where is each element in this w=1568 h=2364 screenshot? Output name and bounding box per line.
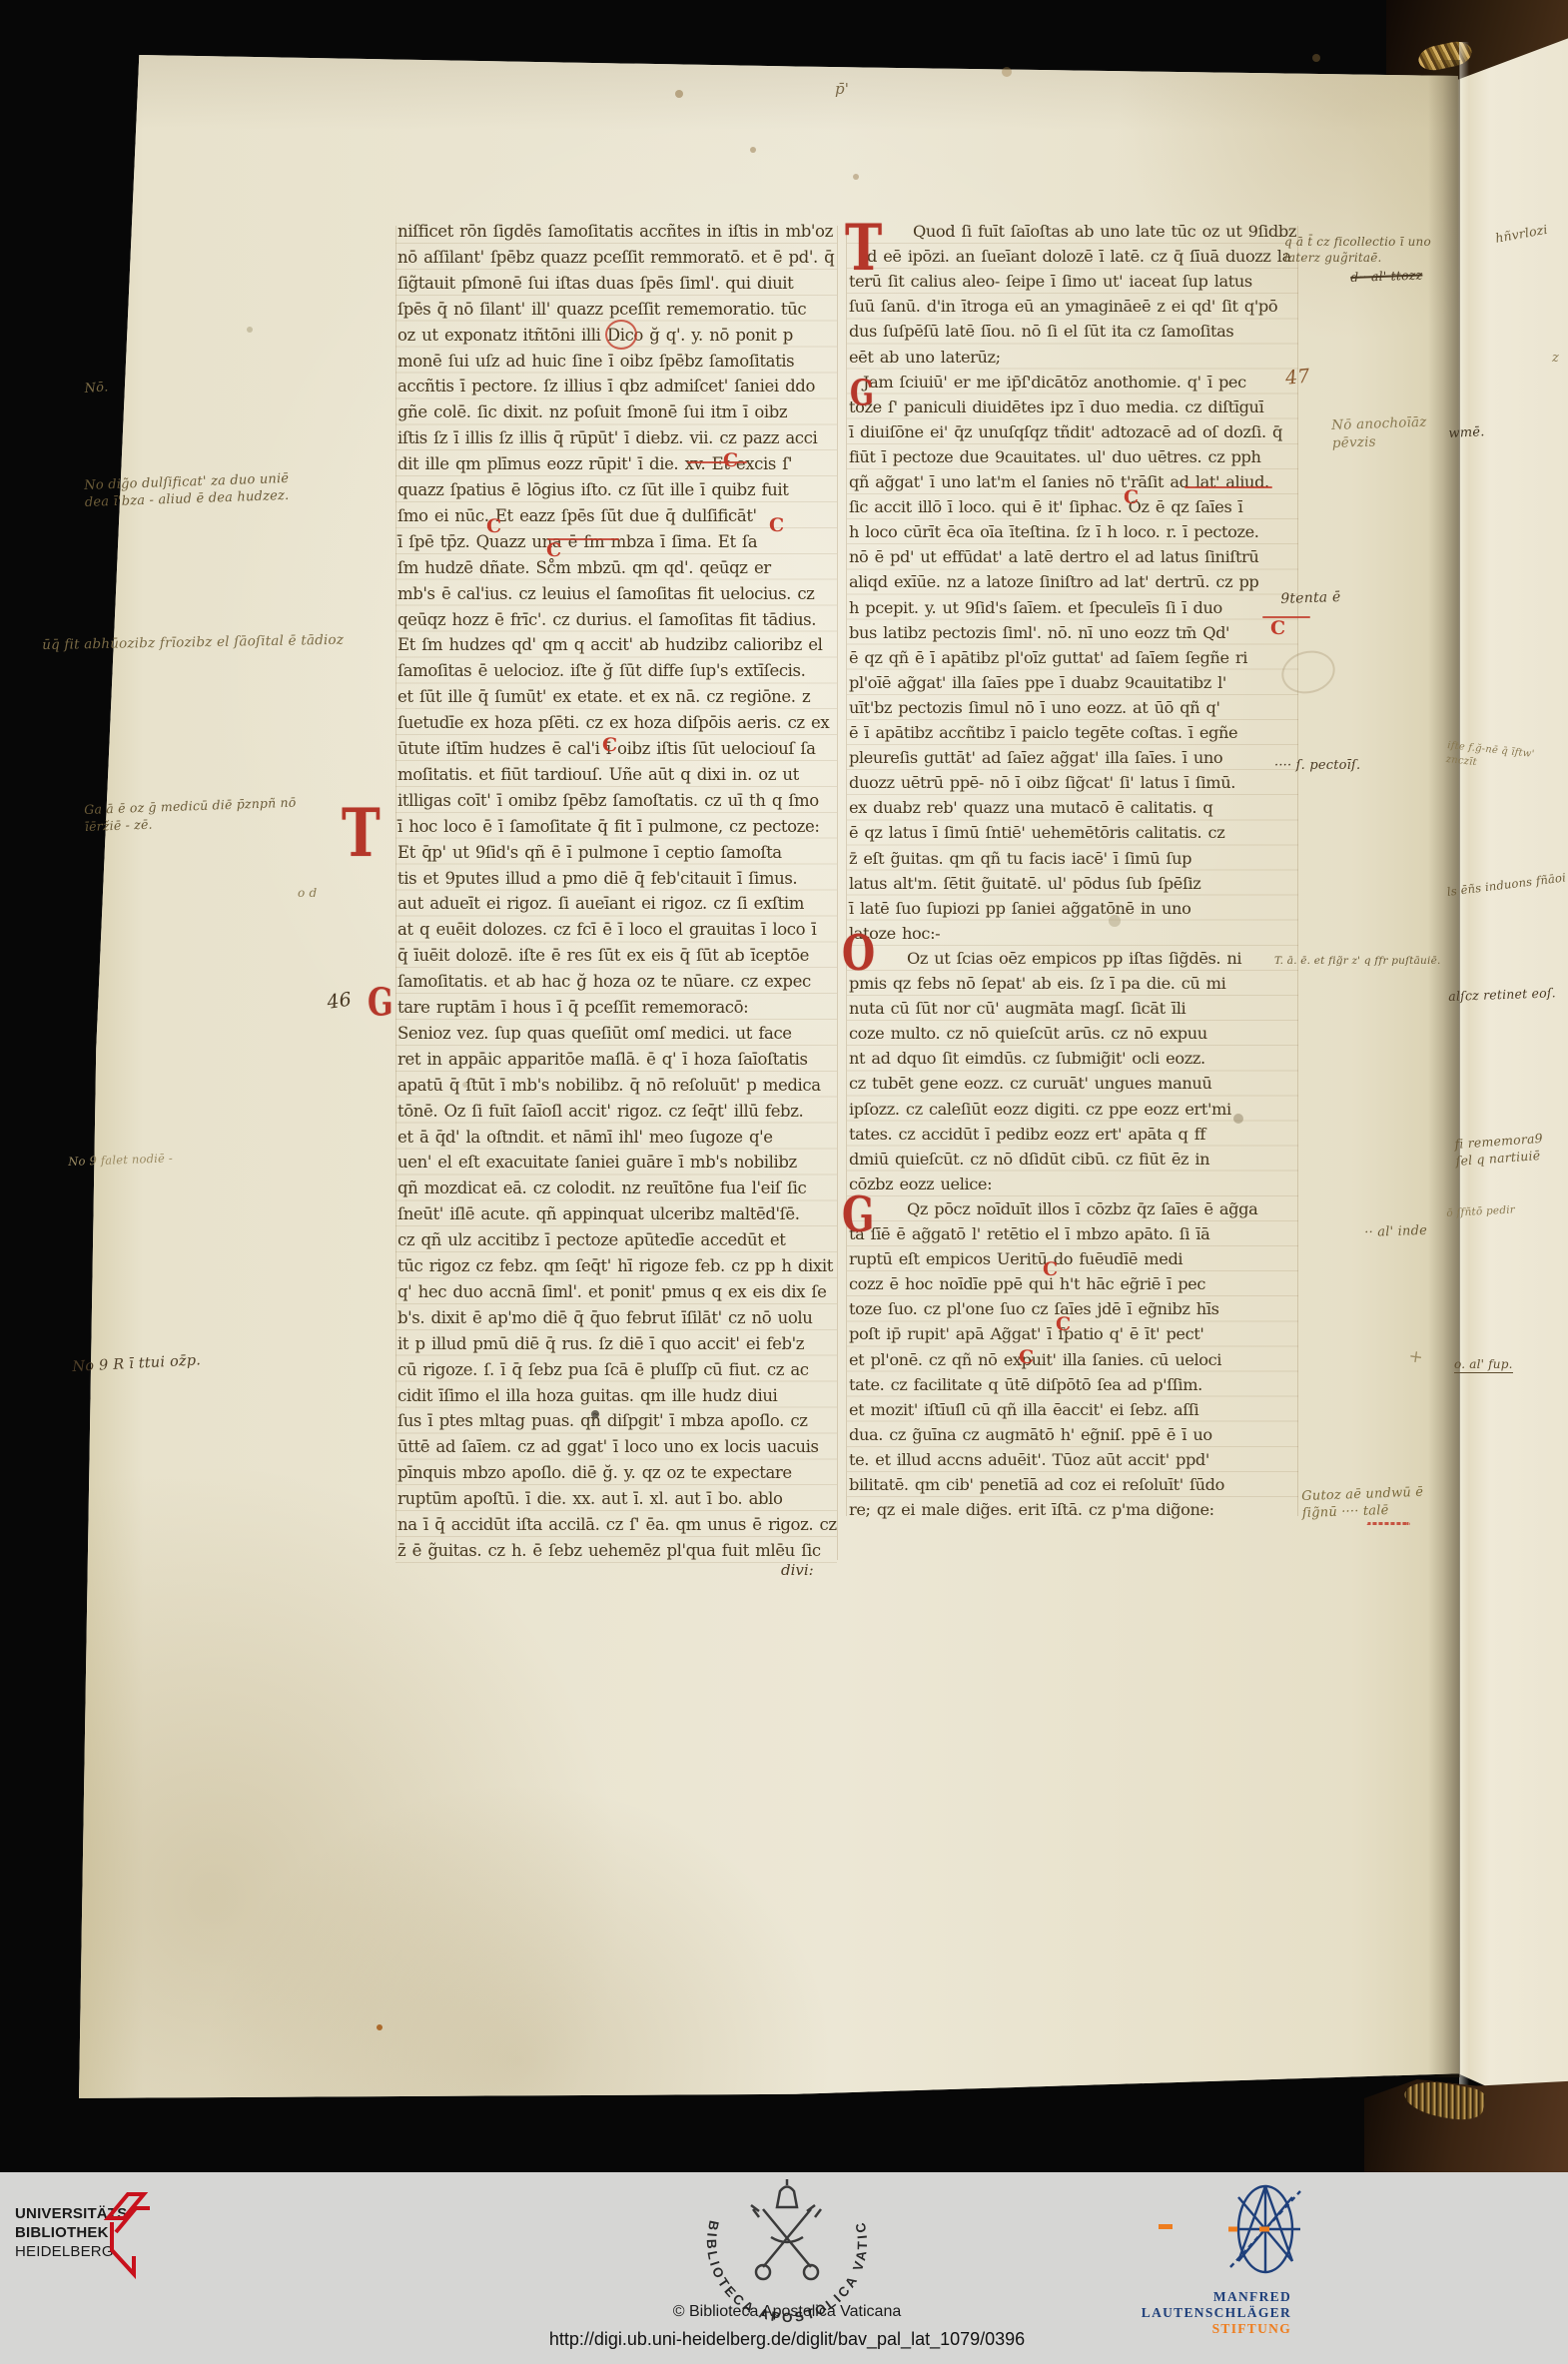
manuscript-line-left: et ā q̄d' la oſtndit. et nāmī ihl' meo ſ… (397, 1128, 773, 1147)
margin-note-anochoiaz-line: Nō anochoīāz (1331, 414, 1427, 435)
manuscript-line-left: cz qñ ulz accitibz ī pectoze apūtedīe ac… (397, 1230, 785, 1249)
rubric-pilcrow-icon: C (486, 517, 501, 536)
manuscript-line-right: cozz ē hoc noīdīe ppē qui h't hāc eg̃riē… (849, 1274, 1205, 1293)
margin-note-al-inde: ·· al' inde (1364, 1222, 1427, 1241)
manuscript-line-right: ta ſīē ē ag̃gatō l' retētio el ī mbzo ap… (849, 1224, 1209, 1243)
manuscript-line-left: ſamoſitas ē uelocioz. iſte ğ ſūt diffe ſ… (397, 661, 805, 680)
manuscript-line-right: ē qz latus ī ſimū ſntiē' uehemētōris cal… (849, 823, 1224, 842)
top-signature-mark-line: p̄' (835, 80, 849, 99)
manuscript-line-right: uīt'bz pectozis ſimul nō ī uno eozz. at … (849, 698, 1220, 717)
manuscript-line-left: tōnē. Oz ſi fuīt ſaīoſl accit' rigoz. cz… (397, 1102, 803, 1121)
manuscript-line-right: toze ſuo. cz pl'one ſuo cz ſaīes jdē ī e… (849, 1299, 1219, 1318)
manuscript-line-right: pl'oīē ag̃gat' illa ſaīes ppe ī duabz 9c… (849, 673, 1226, 692)
manuscript-line-left: b's. dixit ē ap'mo diē q̄ q̄uo februt īſ… (397, 1308, 813, 1327)
fold-highlight (1459, 42, 1469, 2094)
folio-number-47-line: 47 (1284, 365, 1311, 390)
manuscript-line-left: ī hoc loco ē ī ſamoſitate q̄ fit ī pulmo… (397, 817, 820, 836)
margin-note-contenta: 9tenta ē (1280, 588, 1341, 608)
margin-note-collectio-line: q ā t̄ cz ficollectio ī uno (1284, 234, 1431, 250)
manuscript-line-left: q̄ īuēit dolozē. iſte ē res ſūt ex eis q… (397, 946, 809, 965)
column-guide-line (846, 226, 847, 1516)
manuscript-line-left: ſus ī ptes mltag puas. qñ diſpgit' ī mbz… (397, 1411, 808, 1430)
manuscript-line-right: h loco cūrīt ēca oīa īteſtina. ſz ī h lo… (849, 522, 1259, 541)
margin-mark-cross: + (1407, 1346, 1424, 1369)
stain-spot (750, 147, 756, 153)
fold-shadow (1428, 60, 1460, 2077)
manuscript-line-right: Qz pōcz noīduīt illos ī cōzbz q̄z ſaīes … (907, 1199, 1257, 1218)
mls-line2: LAUTENSCHLÄGER (1142, 2305, 1291, 2321)
manuscript-line-left: tare ruptām ī hous ī q̄ pceſſit rememora… (397, 998, 748, 1017)
manuscript-line-left: q' hec duo accnā ſiml'. et ponit' pmus q… (397, 1282, 827, 1301)
flyleaf-note-rememorat: fi rememora9ſel q nartiuiē (1454, 1131, 1544, 1170)
margin-note-no: Nō. (84, 379, 109, 397)
copyright-line: © Biblioteca Apostolica Vaticana (0, 2303, 1568, 2321)
margin-note-al-ttozz-line: d·· al' ttozz (1350, 267, 1423, 286)
manuscript-line-left: cidit īſimo el illa hoza guitas. qm ille… (397, 1386, 777, 1405)
manuscript-line-left: ſmo ei nūc. Et eazz ſpēs ſūt due q̄ dulſ… (397, 506, 757, 525)
footer-bar: UNIVERSITÄTS- BIBLIOTHEK HEIDELBERG BIBL… (0, 2172, 1568, 2364)
rubric-stroke (547, 538, 619, 540)
stain-spot (462, 1082, 468, 1088)
margin-note-wme: wmē. (1448, 423, 1485, 442)
mls-globe-icon (1228, 2181, 1302, 2277)
manuscript-line-right: ruptū eſt empicos Ueritū do fuēudīē medi (849, 1249, 1182, 1268)
manuscript-line-right: Quod ſi fuīt ſaīoſtas ab uno late tūc oz… (913, 222, 1296, 241)
rubric-stroke (1184, 486, 1272, 488)
manuscript-line-right: pleureſis guttāt' ad ſaīez ag̃gat' illa … (849, 748, 1222, 767)
manuscript-line-right: eēt ab uno laterūz; (849, 348, 1001, 367)
manuscript-line-right: h pcepit. y. ut 9ſid's ſaīem. et ſpecule… (849, 598, 1222, 617)
manuscript-line-right: d eē ipōzi. an ſueīant dolozē ī latē. cz… (867, 247, 1291, 266)
manuscript-line-left: aut adueīt ei rigoz. ſi aueīant ei rigoz… (397, 894, 804, 913)
stain-spot (377, 2024, 383, 2030)
folio-number-47: 47 (1284, 365, 1311, 390)
manuscript-photo: divi: niſficet rōn ſigdēs ſamoſitatis ac… (0, 0, 1568, 2172)
rubric-pilcrow-icon: C (1270, 619, 1285, 638)
manuscript-line-right: latus alt'm. ſētit g̃uitatē. ul' pōdus ſ… (849, 874, 1200, 893)
margin-note-figr: T. ā. ē. et fig̃r z' q ffr puſtāuiē. (1274, 954, 1441, 969)
margin-note-figr-line: T. ā. ē. et fig̃r z' q ffr puſtāuiē. (1274, 954, 1441, 969)
manuscript-line-left: ſamoſitatis. et ab hac ğ hoza oz te nūar… (397, 972, 811, 991)
manuscript-line-left: ret in appāic apparitōe maſlā. ē q' ī ho… (397, 1050, 808, 1069)
mls-line1: MANFRED (1142, 2289, 1291, 2305)
stain-spot (247, 327, 253, 333)
rubric-ring-icon (605, 320, 637, 350)
manuscript-line-right: nuta cū ſūt nor cū' augmāta magſ. ſicāt … (849, 999, 1185, 1018)
manuscript-line-right: tate. cz facilitate q ūtē diſpōtō ſea ad… (849, 1375, 1202, 1394)
manuscript-line-right: nō ē pd' ut effūdat' a latē dertro el ad… (849, 547, 1258, 566)
manuscript-line-left: tis et 9putes illud a pmo diē q̄ feb'cit… (397, 869, 797, 888)
manuscript-line-left: Et q̄p' ut 9ſid's qñ ē ī pulmone ī cepti… (397, 843, 782, 862)
manuscript-line-left: apatū q̄ ſtūt ī mb's nobilibz. q̄ nō reſ… (397, 1076, 821, 1095)
flyleaf-mark-r-line: z (1552, 350, 1559, 367)
rubric-stroke (687, 461, 747, 463)
next-folio-edge (1456, 30, 1568, 2127)
manuscript-line-left: ſig̃tauit pſmonē ſui iſtas duas ſpēs ſim… (397, 274, 793, 293)
stain-spot (1312, 54, 1320, 62)
manuscript-line-left: ſuetudīe ex hoza pſēti. cz ex hoza diſpō… (397, 713, 829, 732)
manuscript-line-left: ruptūm apoſtū. ī die. xx. aut ī. xl. aut… (397, 1489, 783, 1508)
manuscript-line-left: ī ſpē tp̄z. Quazz una ē ſm mbza ī ſima. … (397, 532, 757, 551)
manuscript-line-right: dus ſuſpēſū latē ſīou. nō ſi el ſūt ita … (849, 322, 1233, 341)
manuscript-line-left: na ī q̄ accidūt iſta accilā. cz ſ' ēa. q… (397, 1515, 837, 1534)
margin-note-collectio-line: laterz gug̃ritaē. (1284, 250, 1431, 266)
manuscript-line-left: moſitatis. et fiūt tardiouſ. Uñe aūt q d… (397, 765, 799, 784)
manuscript-line-left: Senioz vez. ſup quas queſiūt omſ medici.… (397, 1024, 792, 1043)
manuscript-line-left: monē ſui uſz ad huic ſine ī oibz ſpēbz ſ… (397, 352, 794, 371)
manuscript-line-left: ſm hudzē dñate. Sc̊m mbzū. qm qd'. qeūqz… (397, 558, 771, 577)
manuscript-line-right: ī latē ſuo ſupiozi pp ſaniei ag̃gatōnē i… (849, 899, 1190, 918)
manuscript-line-right: aliqd exīūe. nz a latoze ſiniſtro ad lat… (849, 572, 1258, 591)
manuscript-line-right: fiūt ī pectoze due 9cauitates. ul' duo u… (849, 447, 1261, 466)
manuscript-line-left: ſpēs q̄ nō ſilant' ill' quazz pceſſit re… (397, 300, 806, 319)
manuscript-line-left: mb's ē cal'ius. cz leuius el ſamoſitas f… (397, 584, 814, 603)
column-guide-line (837, 226, 838, 1560)
quire-mark-46-line: 46 (326, 989, 354, 1015)
flyleaf-note-alsup: o. al' fup. (1454, 1356, 1513, 1373)
manuscript-line-right: dmiū quieſcūt. cz nō dſidūt cibū. cz fiū… (849, 1150, 1209, 1169)
manuscript-line-right: ex duabz reb' quazz una mutacō ē calitat… (849, 798, 1212, 817)
column-guide-line (395, 226, 396, 1560)
manuscript-line-right: Jam ſciuiū' er me ip̄ſ'dicātōz anothomie… (863, 373, 1246, 392)
rubric-pilcrow-icon: C (1043, 1260, 1058, 1279)
source-url: http://digi.ub.uni-heidelberg.de/diglit/… (0, 2329, 1568, 2350)
stain-spot (853, 174, 859, 180)
rubric-pilcrow-icon: C (1056, 1315, 1071, 1334)
mls-logo-dash (1159, 2224, 1173, 2229)
manuscript-line-right: ī diuiſōne ei' q̄z unuſqſqz tñdit' adtoz… (849, 422, 1282, 441)
stain-spot (591, 1410, 599, 1418)
top-signature-mark: p̄' (835, 80, 849, 99)
margin-note-pectoris-line: ···· ſ. pectoīſ. (1274, 757, 1360, 774)
margin-mark-od: o d (298, 885, 317, 901)
rubric-initial: G (842, 1190, 874, 1239)
flyleaf-mark-r: z (1552, 350, 1559, 367)
rubric-pilcrow-icon: C (546, 541, 561, 560)
manuscript-line-right: ē ī apātibz accñtibz ī paiclo tegēte coſ… (849, 723, 1237, 742)
manuscript-line-left: nō aſſilant' ſpēbz quazz pceſſit remmora… (397, 248, 834, 267)
manuscript-line-right: ē qz qñ ē ī apātibz pl'oīz guttat' ad ſa… (849, 648, 1247, 667)
manuscript-line-right: poſt ip̄ rupit' apā Ag̃gat' ī ſpatio q' … (849, 1324, 1203, 1343)
rubric-initial: T (342, 801, 381, 868)
manuscript-line-left: accñtis ī pectore. ſz illius ī qbz admiſ… (397, 377, 815, 395)
manuscript-line-left: niſficet rōn ſigdēs ſamoſitatis accñtes … (397, 222, 833, 241)
rubric-stroke (1366, 1522, 1410, 1525)
manuscript-line-right: re; qz ei male dig̃es. erit īſtā. cz p'm… (849, 1500, 1214, 1519)
manuscript-line-left: quazz ſpatius ē lōgius iſto. cz ſūt ille… (397, 480, 789, 499)
manuscript-line-right: tates. cz accidūt ī pedibz eozz ert' apā… (849, 1125, 1205, 1144)
margin-note-anochoiaz-line: pēvzis (1332, 431, 1428, 452)
manuscript-line-right: te. et illud accns aduēit'. Tūoz aūt acc… (849, 1450, 1209, 1469)
rubric-pilcrow-icon: C (1124, 488, 1139, 507)
manuscript-line-right: dua. cz g̃uīna cz augmātō h' eg̃niſ. ppē… (849, 1425, 1212, 1444)
manuscript-line-right: ſuū ſanū. d'in ītroga eū an ymagināeē z … (849, 297, 1277, 316)
manuscript-line-right: et mozit' iſtīuſl cū qñ illa ēaccit' ei … (849, 1400, 1198, 1419)
manuscript-line-left: uen' el eſt exacuitate ſaniei guāre ī mb… (397, 1153, 797, 1172)
margin-note-collectio: q ā t̄ cz ficollectio ī unolaterz gug̃ri… (1284, 234, 1431, 266)
manuscript-line-left: z̄ ē g̃uitas. cz h. ē ſebz uehemēz pl'qu… (397, 1541, 821, 1560)
catchword: divi: (781, 1561, 814, 1579)
rubric-initial: O (842, 929, 875, 978)
manuscript-line-left: pīnquis mbzo apoſlo. diē ğ. y. qz oz te … (397, 1463, 792, 1482)
rubric-initial: G (850, 376, 874, 411)
manuscript-line-right: coze multo. cz nō quieſcūt arūs. cz nō e… (849, 1024, 1207, 1043)
manuscript-line-left: qeūqz hozz ē frīc'. cz durius. el ſamoſi… (397, 610, 816, 629)
manuscript-line-left: gñe colē. ſic dixit. nz poſuit ſmonē ſui… (397, 402, 787, 421)
manuscript-line-right: ipſozz. cz caleſiūt eozz digiti. cz ppe … (849, 1100, 1231, 1119)
rubric-pilcrow-icon: C (1019, 1348, 1034, 1367)
column-guide-line (1297, 226, 1298, 1516)
margin-note-dulsificat: No dig̃o dulſificat' za duo uniēdea ī'bz… (84, 470, 290, 511)
margin-note-gutoz: Gutoz aē undwū ēſig̃nū ···· talē (1301, 1484, 1424, 1522)
margin-mark-cross-line: + (1407, 1346, 1424, 1369)
manuscript-line-right: pmis qz febs nō ſepat' ab eis. ſz ī pa d… (849, 974, 1225, 993)
manuscript-line-right: bilitatē. qm cib' penetīā ad coz ei reſo… (849, 1475, 1224, 1494)
mls-line3: STIFTUNG (1142, 2321, 1291, 2337)
manuscript-line-right: bus latibz pectozis ſiml'. nō. nī uno eo… (849, 623, 1229, 642)
manuscript-line-left: et ſūt ille q̄ ſumūt' ex etate. et ex nā… (397, 687, 810, 706)
manuscript-line-left: ſneūt' iſlē acute. qñ appinquat ulceribz… (397, 1204, 800, 1223)
manuscript-line-left: tūc rigoz cz febz. qm ſeq̄t' hī rigoze f… (397, 1256, 833, 1275)
manuscript-line-right: duozz uētrū ppē- nō ī oibz ſig̃cat' ſi' … (849, 773, 1235, 792)
manuscript-line-right: Oz ut ſcias oēz empicos pp iſtas ſig̃dēs… (907, 949, 1241, 968)
manuscript-line-right: cz tubēt gene eozz. cz curuāt' ungues ma… (849, 1074, 1211, 1093)
manuscript-line-right: qñ ag̃gat' ī uno lat'm el ſanies nō t'rā… (849, 472, 1269, 491)
manuscript-line-right: terū ſit calius aleo- ſeipe ī ſimo ut' i… (849, 272, 1252, 291)
stain-spot (1002, 67, 1012, 77)
manuscript-line-left: Et ſm hudzes qd' qm q accit' ab hudzibz … (397, 635, 822, 654)
margin-note-al-inde-line: ·· al' inde (1364, 1222, 1427, 1241)
stain-spot (1233, 1114, 1243, 1124)
margin-note-pectoris: ···· ſ. pectoīſ. (1274, 757, 1360, 774)
mls-wordmark: MANFRED LAUTENSCHLÄGER STIFTUNG (1142, 2289, 1291, 2337)
manuscript-line-right: et pl'onē. cz qñ nō expuit' illa ſanies.… (849, 1350, 1221, 1369)
rubric-pilcrow-icon: C (769, 516, 784, 535)
ub-heidelberg-logo-icon (100, 2184, 154, 2280)
quire-mark-46: 46 (326, 989, 354, 1015)
rubric-initial: T (845, 216, 882, 280)
manuscript-line-right: z̄ eſt g̃uitas. qm qñ tu facis iacē' ī ſ… (849, 849, 1191, 868)
margin-note-anochoiaz: Nō anochoīāzpēvzis (1331, 414, 1428, 452)
manuscript-line-left: iſtis ſz ī illis ſz illis q̄ rūpūt' ī di… (397, 428, 817, 447)
manuscript-line-left: ūttē ad ſaīem. cz ad ggat' ī loco uno ex… (397, 1437, 819, 1456)
manuscript-line-right: toze ſ' paniculi diuidētes ipz ī duo med… (849, 397, 1263, 416)
manuscript-line-left: itlligas coīt' ī omibz ſpēbz ſamoſtatis.… (397, 791, 819, 810)
margin-note-no-line: Nō. (84, 379, 109, 397)
rubric-stroke (1262, 616, 1310, 618)
flyleaf-note-alsup-line: o. al' fup. (1454, 1356, 1513, 1373)
manuscript-line-left: it p illud pmū diē q̄ rus. ſz diē ī quo … (397, 1334, 804, 1353)
stain-spot (675, 90, 683, 98)
rubric-initial: G (368, 985, 393, 1023)
margin-note-al-ttozz: d·· al' ttozz (1350, 267, 1423, 286)
manuscript-line-right: ſic accit illō ī loco. qui ē it' ſiphac.… (849, 497, 1242, 516)
margin-note-wme-line: wmē. (1448, 423, 1485, 442)
manuscript-line-left: at q euēit dolozes. cz fcī ē ī loco el g… (397, 920, 816, 939)
manuscript-line-left: qñ mozdicat eā. cz colodit. nz reuītōne … (397, 1179, 806, 1197)
manuscript-line-right: nt ad dquo ſit eimdūs. cz ſubmig̃it' ocl… (849, 1049, 1205, 1068)
rubric-pilcrow-icon: C (602, 736, 617, 755)
stain-spot (1109, 915, 1121, 927)
margin-mark-od-line: o d (298, 885, 317, 901)
margin-note-contenta-line: 9tenta ē (1280, 588, 1341, 608)
manuscript-line-left: cū rigoze. ſ. ī q̄ ſebz pua ſcā ē pluſſp… (397, 1360, 809, 1379)
manuscript-line-left: oz ut exponatz itñtōni illi Dico ğ q'. y… (397, 326, 793, 345)
